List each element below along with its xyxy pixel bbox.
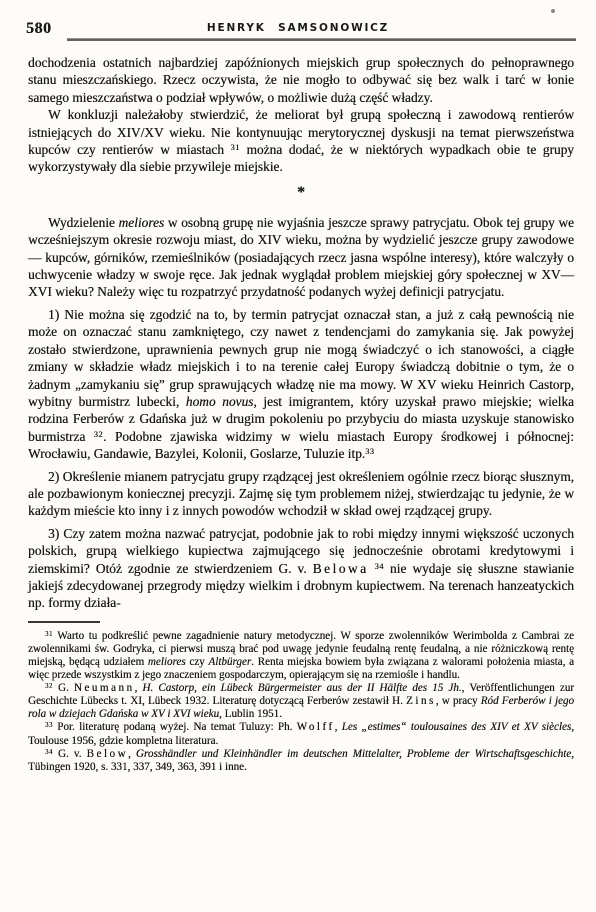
footnote-rule — [28, 621, 100, 623]
footnotes: 31 Warto tu podkreślić pewne zagadnienie… — [28, 630, 574, 774]
body-paragraph-2: W konkluzji należałoby stwierdzić, że me… — [28, 106, 574, 176]
footnote-32: 32 G. Neumann, H. Castorp, ein Lübeck Bü… — [28, 682, 574, 721]
body-paragraph-4: 1) Nie można się zgodzić na to, by termi… — [28, 306, 574, 463]
body-paragraph-1: dochodzenia ostatnich najbardziej zapóźn… — [28, 54, 574, 106]
page-body: dochodzenia ostatnich najbardziej zapóźn… — [28, 54, 574, 774]
running-head: HENRYK SAMSONOWICZ — [0, 22, 596, 34]
footnote-31: 31 Warto tu podkreślić pewne zagadnienie… — [28, 630, 574, 682]
body-paragraph-5: 2) Określenie mianem patrycjatu grupy rz… — [28, 468, 574, 520]
footnote-33: 33 Por. literaturę podaną wyżej. Na tema… — [28, 721, 574, 747]
scan-speck — [551, 9, 555, 13]
section-separator: * — [28, 184, 574, 201]
footnote-34: 34 G. v. Below, Grosshändler und Kleinhä… — [28, 748, 574, 774]
scanned-page: 580 HENRYK SAMSONOWICZ dochodzenia ostat… — [0, 0, 596, 912]
header-rule — [67, 38, 576, 41]
body-paragraph-6: 3) Czy zatem można nazwać patrycjat, pod… — [28, 525, 574, 612]
body-paragraph-3: Wydzielenie meliores w osobną grupę nie … — [28, 214, 574, 301]
